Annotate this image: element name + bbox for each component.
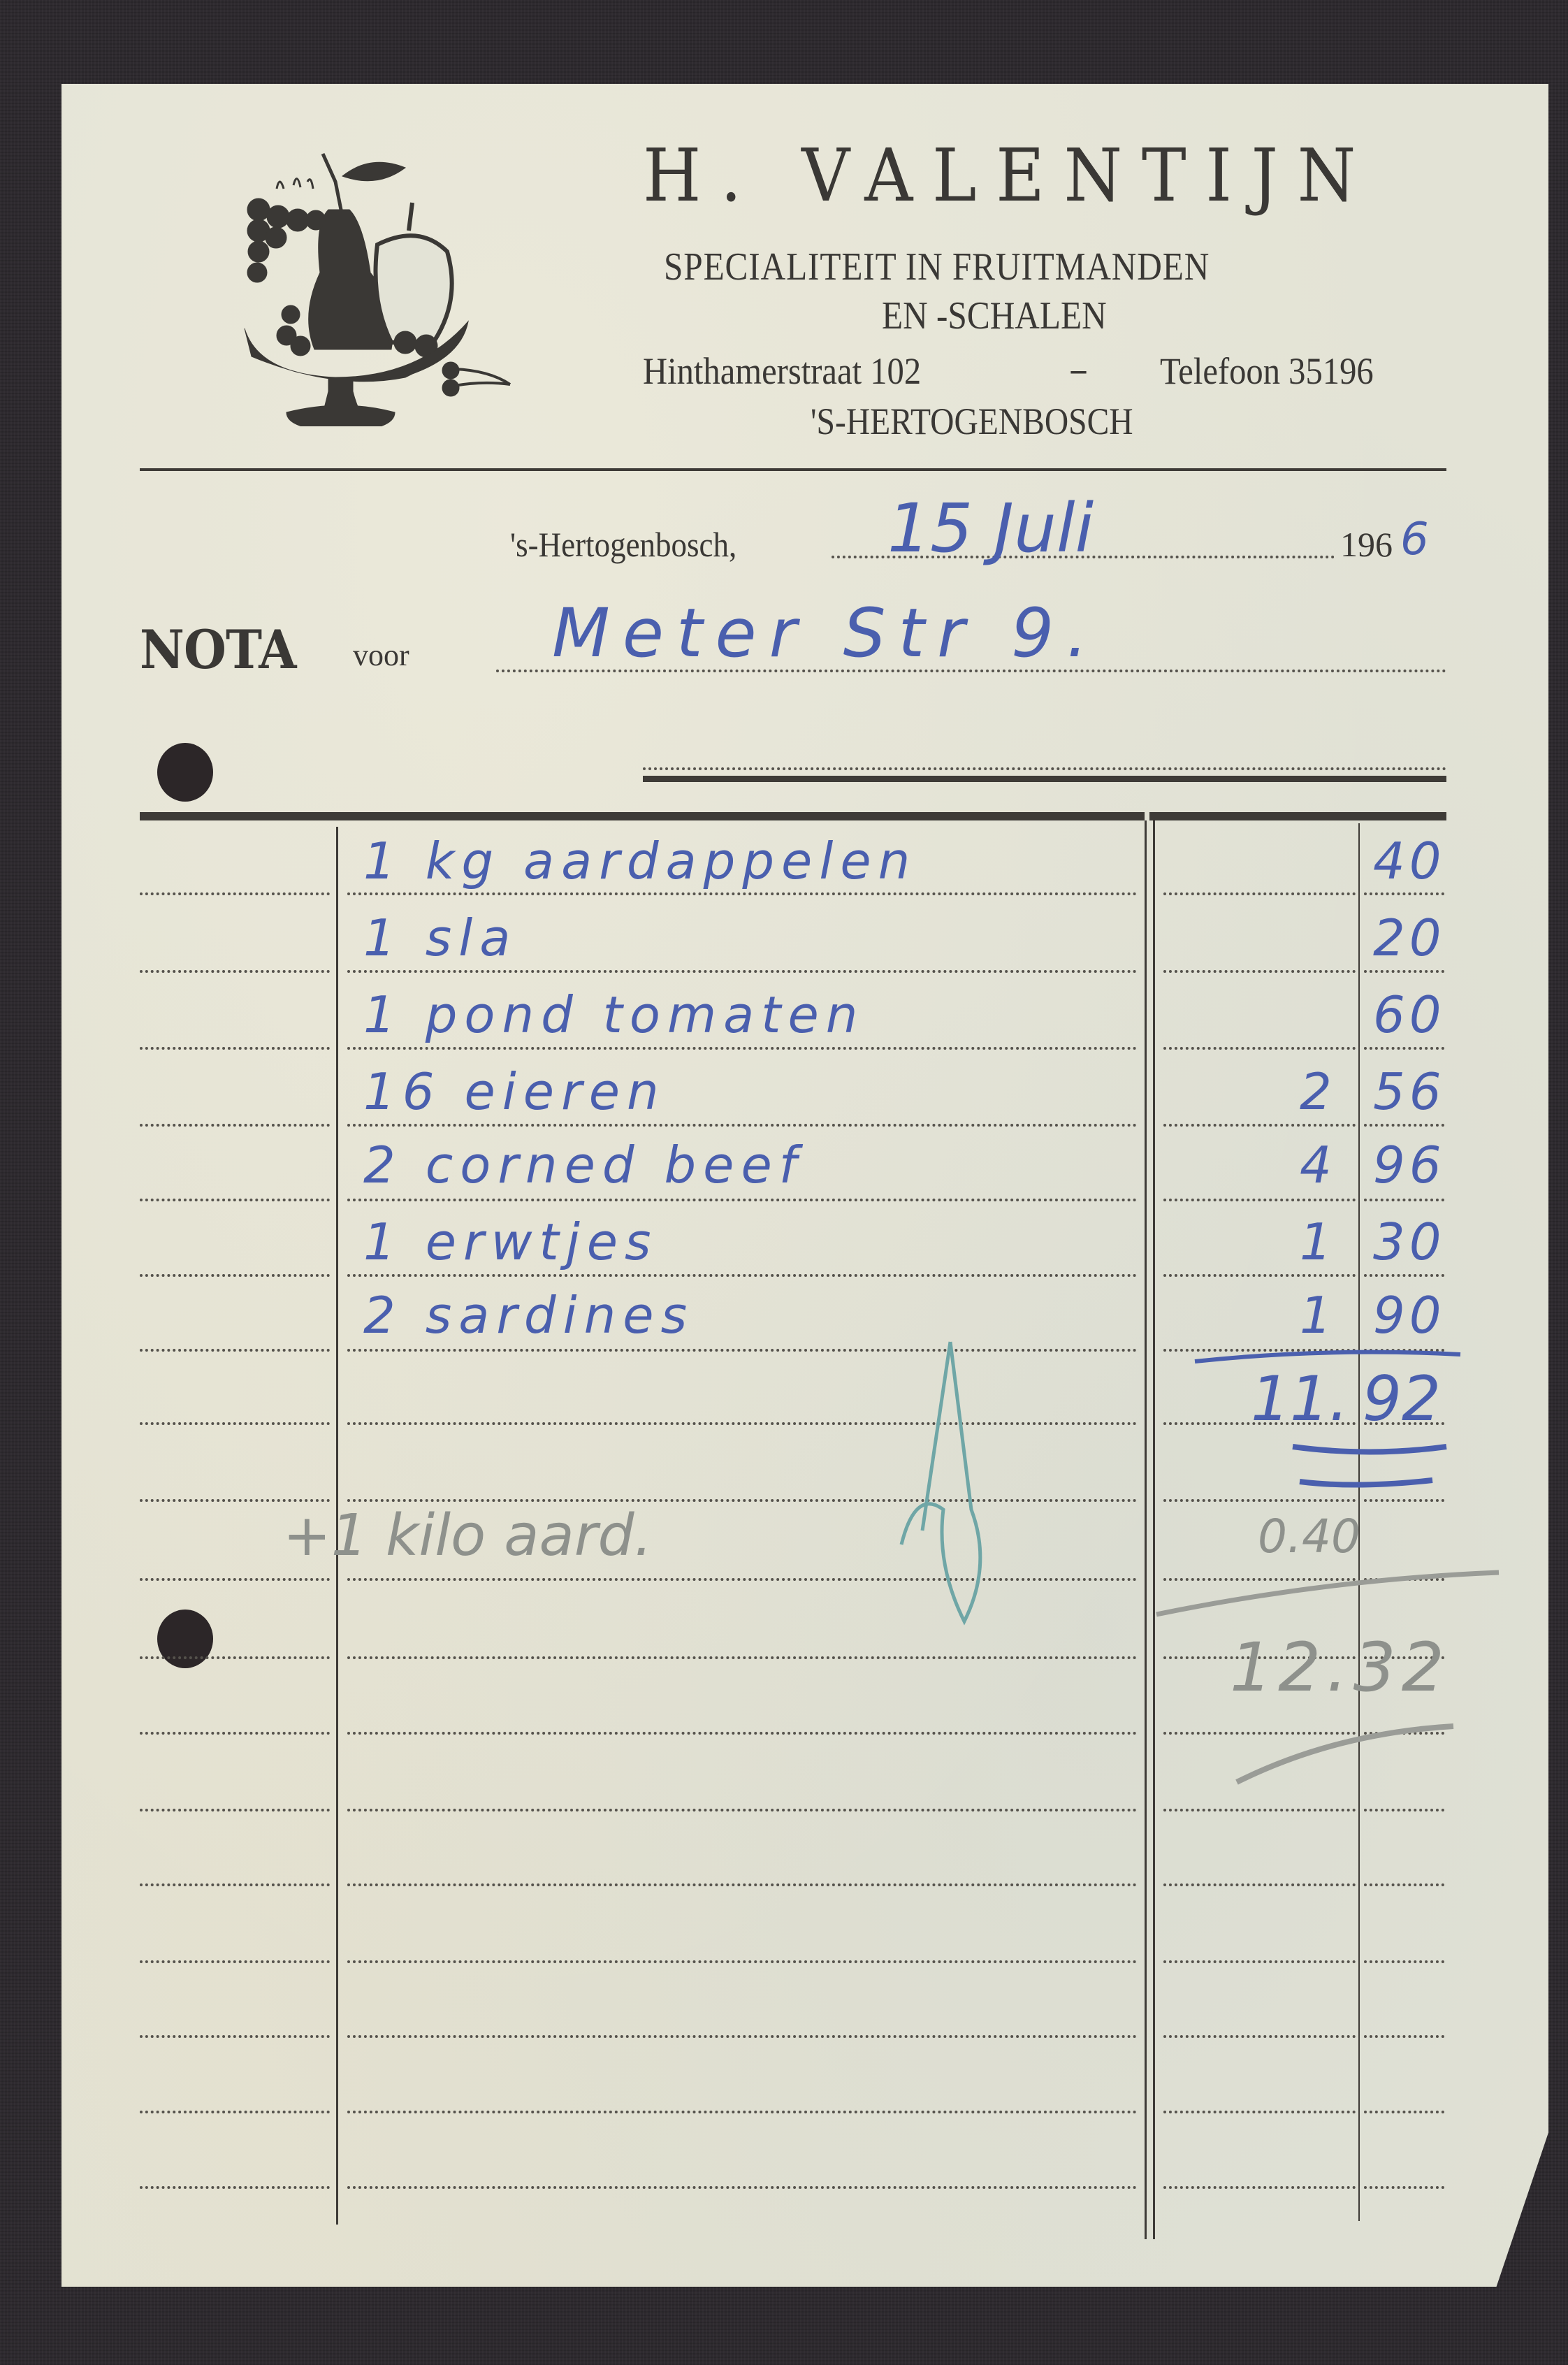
dotted-row-line — [347, 1732, 1137, 1735]
subtotal-cents: 92 — [1363, 1363, 1441, 1435]
address-underline — [643, 776, 1446, 782]
item-cents: 90 — [1373, 1286, 1446, 1345]
dotted-row-line — [1364, 2186, 1444, 2189]
table-top-rule-left — [140, 812, 1145, 820]
subtotal-guilders: 11. — [1251, 1363, 1349, 1435]
dotted-row-line — [347, 2035, 1137, 2038]
dotted-row-line — [1163, 1499, 1356, 1502]
dotted-row-line — [347, 1422, 1137, 1425]
dotted-row-line — [1163, 1883, 1356, 1886]
dotted-row-line — [140, 1349, 330, 1352]
dotted-row-line — [347, 1883, 1137, 1886]
dotted-row-line — [1163, 1047, 1356, 1050]
dotted-row-line — [1163, 1809, 1356, 1811]
dotted-row-line — [1364, 2035, 1444, 2038]
item-guilders: 1 — [1300, 1286, 1332, 1345]
item-cents: 56 — [1373, 1062, 1446, 1121]
place-label: 's-Hertogenbosch, — [510, 524, 736, 565]
tagline-line2: EN -SCHALEN — [882, 294, 1107, 338]
dotted-row-line — [347, 1499, 1137, 1502]
fruit-bowl-icon — [238, 133, 531, 426]
item-description: 1 erwtjes — [363, 1213, 658, 1271]
item-description: 16 eieren — [363, 1062, 666, 1121]
year-handwritten: 6 — [1400, 514, 1429, 565]
item-description: 2 corned beef — [363, 1136, 804, 1194]
dotted-row-line — [140, 1422, 330, 1425]
handwritten-date: 15 Juli — [887, 489, 1094, 567]
dotted-row-line — [1364, 1499, 1444, 1502]
pencil-total: 12.32 — [1230, 1628, 1450, 1707]
dotted-row-line — [1364, 1809, 1444, 1811]
pencil-item-amount: 0.40 — [1258, 1510, 1360, 1563]
punch-hole-top — [157, 743, 213, 802]
dotted-row-line — [140, 1047, 330, 1050]
dotted-row-line — [1163, 1274, 1356, 1277]
address-dotted-line — [643, 767, 1446, 770]
subtotal-double-underline — [1286, 1433, 1467, 1496]
dotted-row-line — [347, 1656, 1137, 1659]
dotted-row-line — [140, 2111, 330, 2113]
dotted-row-line — [347, 1349, 1137, 1352]
dotted-row-line — [347, 1124, 1137, 1127]
dotted-row-line — [347, 2186, 1137, 2189]
dotted-row-line — [1364, 1274, 1444, 1277]
dotted-row-line — [140, 1578, 330, 1581]
dotted-row-line — [140, 1883, 330, 1886]
dotted-row-line — [140, 970, 330, 973]
dotted-row-line — [1364, 1047, 1444, 1050]
item-cents: 20 — [1373, 909, 1446, 967]
dotted-row-line — [1364, 1960, 1444, 1963]
pencil-total-underline — [1230, 1719, 1460, 1789]
dotted-row-line — [347, 1809, 1137, 1811]
dotted-row-line — [347, 1578, 1137, 1581]
item-description: 1 pond tomaten — [363, 985, 864, 1044]
dotted-row-line — [1364, 2111, 1444, 2113]
dotted-row-line — [140, 1199, 330, 1201]
dotted-row-line — [1364, 1883, 1444, 1886]
pencil-item-description: +1 kilo aard. — [283, 1503, 653, 1569]
table-top-rule-right — [1149, 812, 1446, 820]
dotted-row-line — [347, 892, 1137, 895]
company-name: H. VALENTIJN — [643, 133, 1375, 218]
dotted-row-line — [1163, 2111, 1356, 2113]
year-printed: 196 — [1340, 524, 1393, 565]
dotted-row-line — [140, 1656, 330, 1659]
nota-label: NOTA — [140, 619, 296, 681]
city-name: 'S-HERTOGENBOSCH — [811, 400, 1133, 443]
voor-label: voor — [353, 637, 409, 673]
street-address: Hinthamerstraat 102 — [643, 349, 921, 393]
item-guilders: 2 — [1300, 1062, 1332, 1121]
item-cents: 30 — [1373, 1213, 1446, 1271]
dotted-row-line — [140, 892, 330, 895]
dotted-row-line — [347, 2111, 1137, 2113]
dotted-row-line — [1364, 892, 1444, 895]
amount-column-line-outer — [1145, 820, 1147, 2239]
address-separator: – — [1069, 347, 1088, 391]
item-cents: 40 — [1373, 832, 1446, 890]
tagline-line1: SPECIALITEIT IN FRUITMANDEN — [664, 245, 1210, 289]
phone-number: Telefoon 35196 — [1160, 349, 1374, 393]
item-cents: 60 — [1373, 985, 1446, 1044]
dotted-row-line — [347, 1047, 1137, 1050]
dotted-row-line — [1163, 1960, 1356, 1963]
dotted-row-line — [1364, 970, 1444, 973]
dotted-row-line — [1163, 892, 1356, 895]
item-description: 1 kg aardappelen — [363, 832, 917, 890]
dotted-row-line — [140, 1124, 330, 1127]
pencil-sum-line — [1153, 1565, 1502, 1621]
dotted-row-line — [140, 2035, 330, 2038]
dotted-row-line — [347, 1274, 1137, 1277]
amount-column-line-inner — [1153, 820, 1155, 2239]
header-divider — [140, 468, 1446, 471]
item-guilders: 4 — [1300, 1136, 1332, 1194]
dotted-row-line — [1364, 1199, 1444, 1201]
dotted-row-line — [1163, 1124, 1356, 1127]
dotted-row-line — [140, 1809, 330, 1811]
dotted-row-line — [347, 1960, 1137, 1963]
dotted-row-line — [1163, 1199, 1356, 1201]
dotted-row-line — [347, 970, 1137, 973]
dotted-row-line — [140, 1960, 330, 1963]
handwritten-recipient: Meter Str 9. — [552, 594, 1101, 672]
dotted-row-line — [140, 1499, 330, 1502]
item-description: 2 sardines — [363, 1286, 694, 1345]
dotted-row-line — [1163, 2035, 1356, 2038]
punch-hole-bottom — [157, 1610, 213, 1668]
dotted-row-line — [347, 1199, 1137, 1201]
initial-mark — [873, 1335, 1013, 1628]
dotted-row-line — [140, 1732, 330, 1735]
item-guilders: 1 — [1300, 1213, 1332, 1271]
item-description: 1 sla — [363, 909, 517, 967]
dotted-row-line — [140, 2186, 330, 2189]
dotted-row-line — [1163, 970, 1356, 973]
item-cents: 96 — [1373, 1136, 1446, 1194]
dotted-row-line — [1364, 1124, 1444, 1127]
dotted-row-line — [1163, 2186, 1356, 2189]
dotted-row-line — [140, 1274, 330, 1277]
